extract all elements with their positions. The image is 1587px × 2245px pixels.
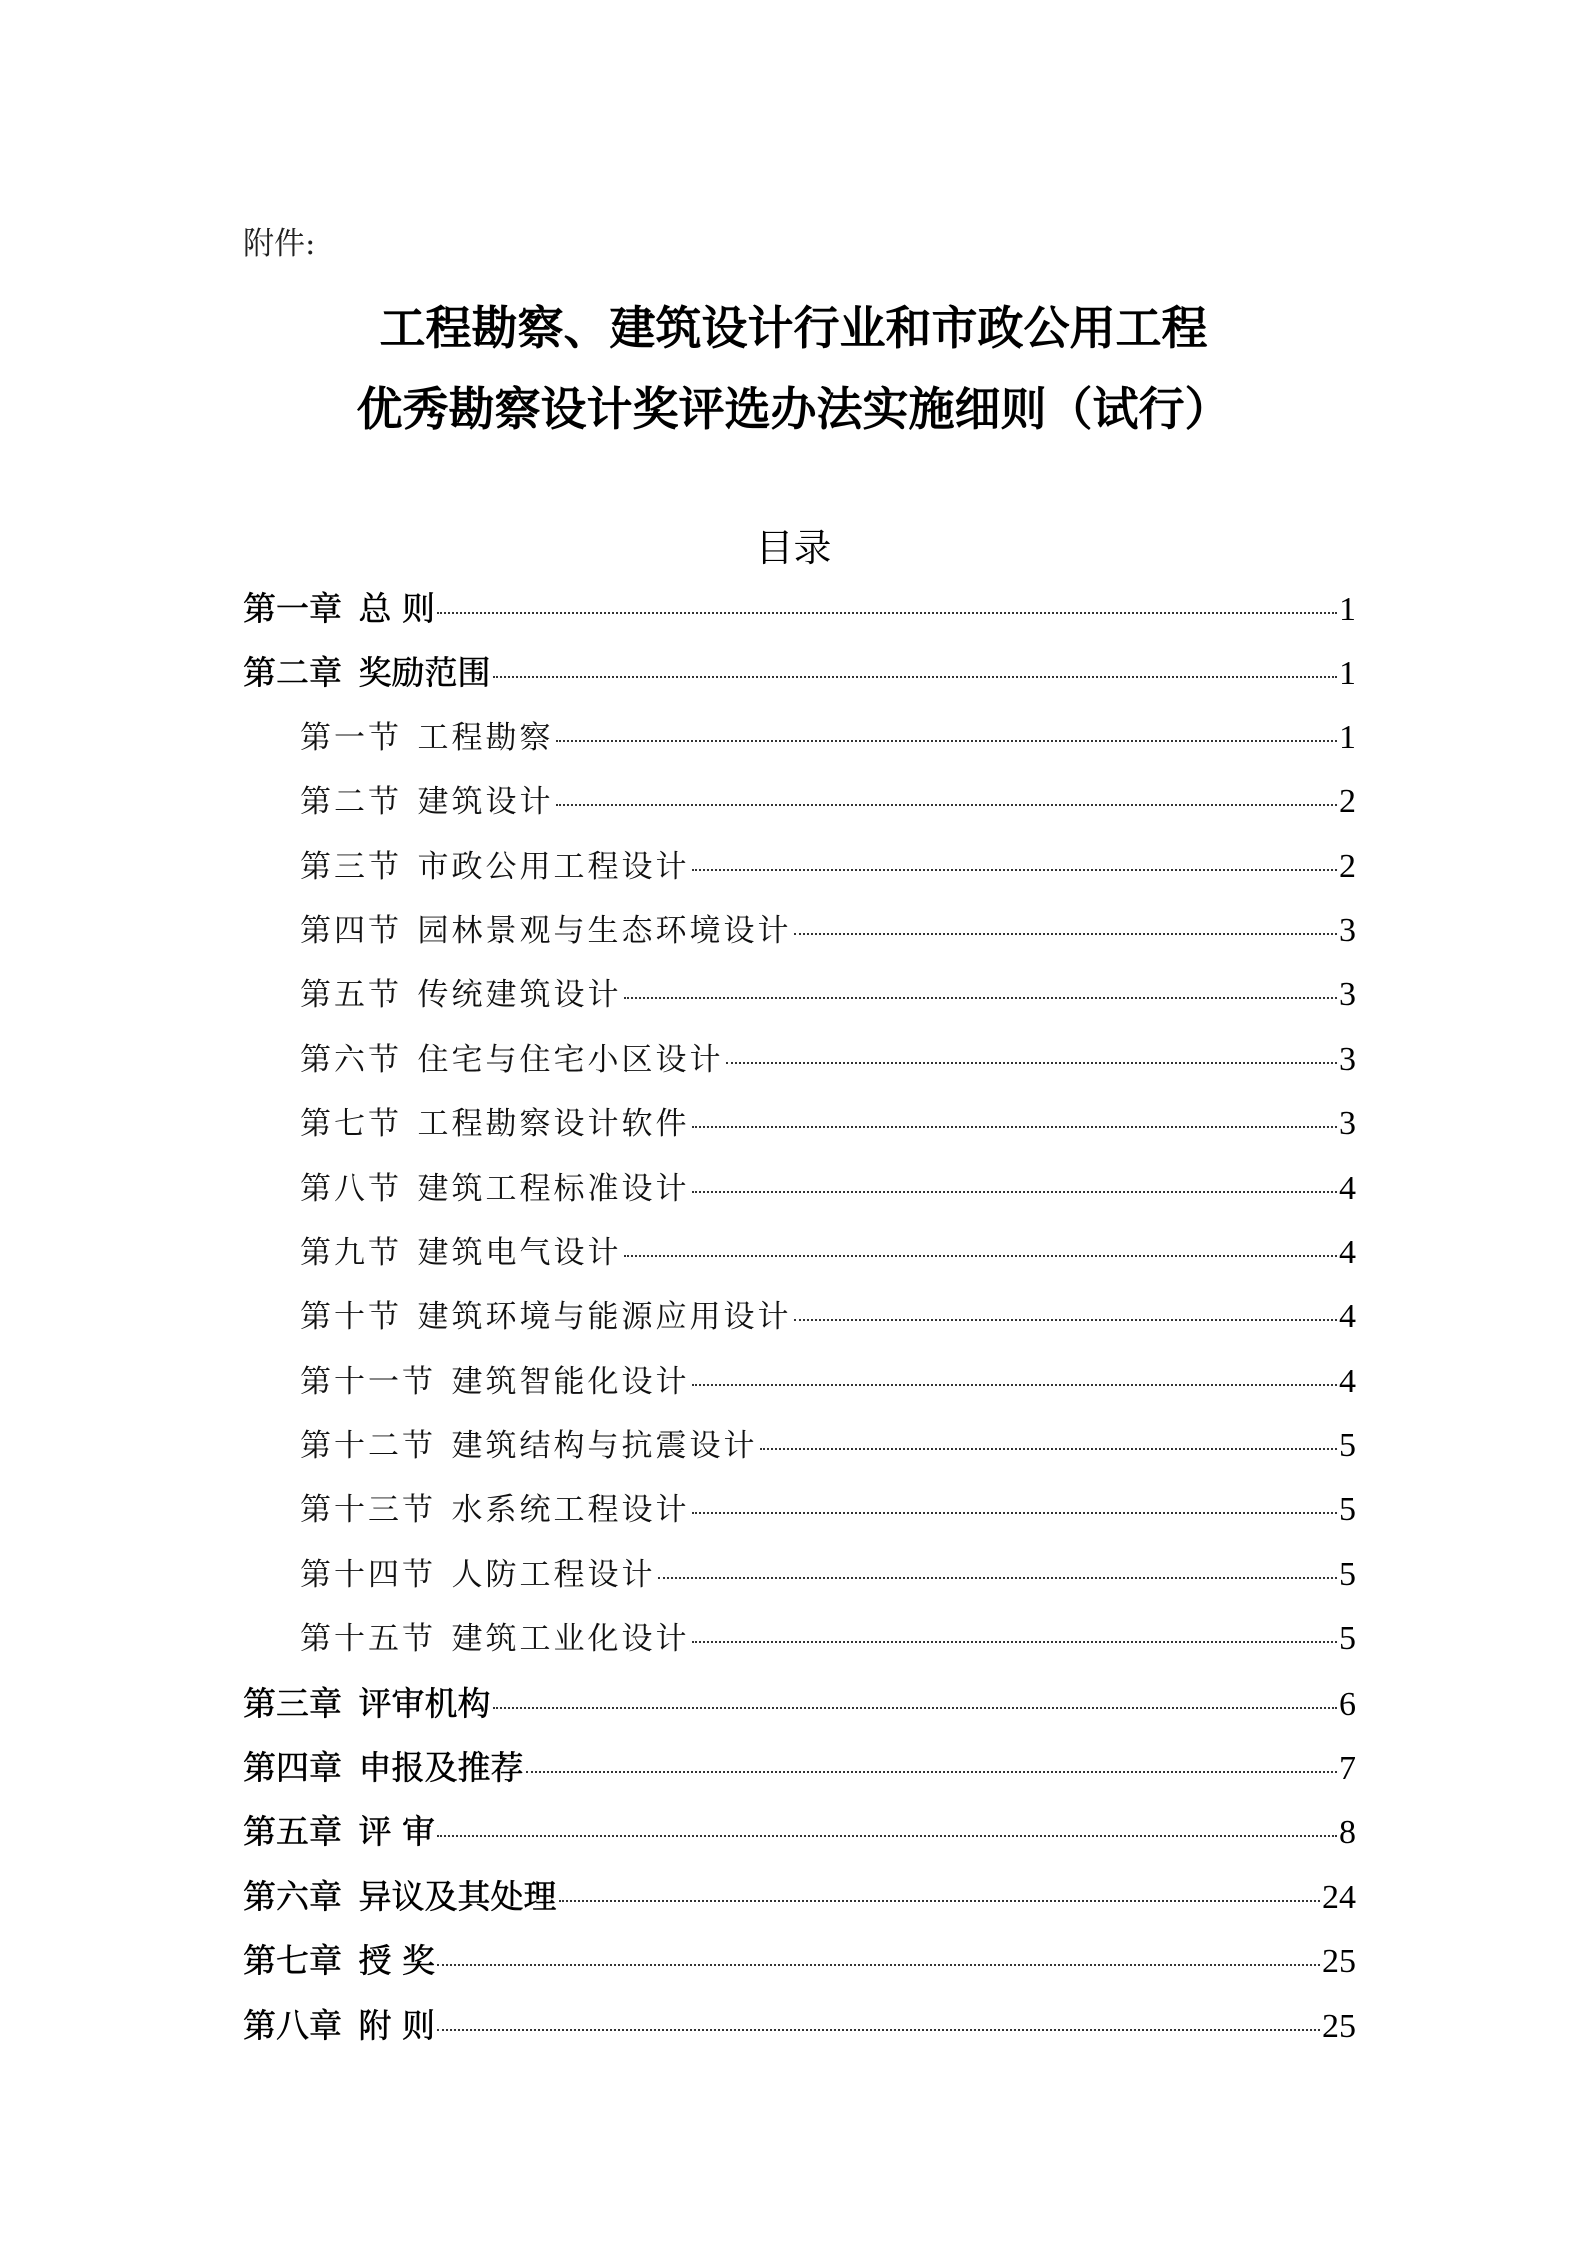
toc-entry-label: 第五节传统建筑设计 [300, 969, 622, 1014]
toc-entry-page: 8 [1339, 1814, 1356, 1852]
toc-entry-label: 第三节市政公用工程设计 [300, 841, 690, 886]
toc-entry-number: 第六节 [300, 1042, 402, 1078]
toc-entry-page: 4 [1339, 1363, 1356, 1401]
toc-entry-title: 传统建筑设计 [418, 977, 622, 1013]
toc-entry-number: 第一节 [300, 720, 402, 756]
toc-entry-label: 第二章奖励范围 [243, 647, 491, 694]
toc-entry-number: 第十一节 [300, 1364, 436, 1400]
toc-entry-page: 4 [1339, 1234, 1356, 1272]
toc-entry-page: 3 [1339, 1041, 1356, 1079]
toc-entry-number: 第二章 [243, 653, 342, 692]
dot-leader [493, 1707, 1338, 1709]
toc-entry-title: 建筑工程标准设计 [418, 1171, 690, 1207]
toc-entry-number: 第十四节 [300, 1557, 436, 1593]
toc-entry-number: 第十节 [300, 1299, 402, 1335]
toc-entry-label: 第六节住宅与住宅小区设计 [300, 1034, 724, 1079]
toc-entry-title: 建筑智能化设计 [452, 1364, 690, 1400]
toc-entry-section[interactable]: 第十四节人防工程设计 5 [243, 1549, 1356, 1613]
toc-entry-label: 第十四节人防工程设计 [300, 1549, 656, 1594]
attachment-label: 附件: [243, 222, 315, 266]
toc-entry-page: 5 [1339, 1427, 1356, 1465]
toc-entry-title: 总 则 [359, 589, 436, 628]
dot-leader [624, 1255, 1338, 1257]
toc-entry-label: 第二节建筑设计 [300, 776, 554, 821]
toc-entry-title: 建筑电气设计 [418, 1235, 622, 1271]
toc-entry-page: 4 [1339, 1298, 1356, 1336]
toc-entry-title: 异议及其处理 [359, 1877, 557, 1916]
toc-entry-chapter[interactable]: 第一章总 则 1 [243, 583, 1356, 647]
dot-leader [556, 740, 1338, 742]
toc-entry-label: 第六章异议及其处理 [243, 1871, 557, 1918]
dot-leader [658, 1577, 1338, 1579]
dot-leader [559, 1900, 1321, 1902]
toc-entry-label: 第十节建筑环境与能源应用设计 [300, 1291, 792, 1336]
toc-entry-title: 工程勘察 [418, 720, 554, 756]
toc-entry-chapter[interactable]: 第八章附 则 25 [243, 2000, 1356, 2064]
toc-entry-title: 水系统工程设计 [452, 1492, 690, 1528]
dot-leader [493, 676, 1338, 678]
toc-entry-section[interactable]: 第八节建筑工程标准设计 4 [243, 1163, 1356, 1227]
toc-entry-page: 25 [1322, 2008, 1356, 2046]
toc-entry-number: 第八章 [243, 2006, 342, 2045]
toc-entry-title: 住宅与住宅小区设计 [418, 1042, 724, 1078]
dot-leader [692, 1191, 1338, 1193]
toc-entry-label: 第八节建筑工程标准设计 [300, 1163, 690, 1208]
toc-entry-chapter[interactable]: 第七章授 奖 25 [243, 1935, 1356, 1999]
toc-entry-number: 第二节 [300, 784, 402, 820]
dot-leader [437, 612, 1337, 614]
toc-entry-page: 25 [1322, 1943, 1356, 1981]
toc-entry-title: 申报及推荐 [359, 1748, 524, 1787]
toc-entry-chapter[interactable]: 第五章评 审 8 [243, 1806, 1356, 1870]
toc-entry-number: 第五章 [243, 1812, 342, 1851]
toc-entry-section[interactable]: 第十节建筑环境与能源应用设计 4 [243, 1291, 1356, 1355]
toc-entry-title: 园林景观与生态环境设计 [418, 913, 792, 949]
toc-entry-number: 第七章 [243, 1941, 342, 1980]
toc-entry-chapter[interactable]: 第四章申报及推荐 7 [243, 1742, 1356, 1806]
toc-entry-title: 附 则 [359, 2006, 436, 2045]
toc-entry-chapter[interactable]: 第二章奖励范围 1 [243, 647, 1356, 711]
toc-entry-page: 5 [1339, 1491, 1356, 1529]
dot-leader [526, 1771, 1338, 1773]
toc-entry-label: 第一章总 则 [243, 583, 435, 630]
toc-entry-section[interactable]: 第九节建筑电气设计 4 [243, 1227, 1356, 1291]
toc-entry-page: 3 [1339, 1105, 1356, 1143]
toc-entry-number: 第三章 [243, 1684, 342, 1723]
toc-entry-number: 第五节 [300, 977, 402, 1013]
dot-leader [624, 997, 1338, 999]
toc-entry-page: 3 [1339, 976, 1356, 1014]
toc-entry-page: 5 [1339, 1620, 1356, 1658]
toc-entry-section[interactable]: 第四节园林景观与生态环境设计 3 [243, 905, 1356, 969]
toc-entry-page: 24 [1322, 1879, 1356, 1917]
toc-entry-section[interactable]: 第十五节建筑工业化设计 5 [243, 1613, 1356, 1677]
toc-entry-title: 建筑环境与能源应用设计 [418, 1299, 792, 1335]
toc-entry-page: 2 [1339, 848, 1356, 886]
toc-entry-label: 第七节工程勘察设计软件 [300, 1098, 690, 1143]
document-title-line-1: 工程勘察、建筑设计行业和市政公用工程 [0, 288, 1587, 369]
toc-entry-number: 第六章 [243, 1877, 342, 1916]
toc-entry-page: 3 [1339, 912, 1356, 950]
toc-entry-number: 第十二节 [300, 1428, 436, 1464]
toc-entry-section[interactable]: 第二节建筑设计 2 [243, 776, 1356, 840]
toc-entry-section[interactable]: 第十三节水系统工程设计 5 [243, 1484, 1356, 1548]
toc-entry-title: 奖励范围 [359, 653, 491, 692]
toc-entry-page: 1 [1339, 591, 1356, 629]
toc-entry-label: 第十一节建筑智能化设计 [300, 1356, 690, 1401]
toc-entry-title: 评审机构 [359, 1684, 491, 1723]
toc-entry-chapter[interactable]: 第六章异议及其处理 24 [243, 1871, 1356, 1935]
toc-entry-title: 工程勘察设计软件 [418, 1106, 690, 1142]
toc-entry-section[interactable]: 第一节工程勘察 1 [243, 712, 1356, 776]
dot-leader [760, 1448, 1338, 1450]
toc-entry-section[interactable]: 第十二节建筑结构与抗震设计 5 [243, 1420, 1356, 1484]
toc-entry-title: 建筑工业化设计 [452, 1621, 690, 1657]
toc-entry-title: 授 奖 [359, 1941, 436, 1980]
dot-leader [437, 2029, 1320, 2031]
toc-entry-section[interactable]: 第六节住宅与住宅小区设计 3 [243, 1034, 1356, 1098]
toc-entry-number: 第四节 [300, 913, 402, 949]
toc-entry-number: 第十三节 [300, 1492, 436, 1528]
toc-entry-label: 第七章授 奖 [243, 1935, 435, 1982]
dot-leader [692, 1512, 1338, 1514]
document-title: 工程勘察、建筑设计行业和市政公用工程 优秀勘察设计奖评选办法实施细则（试行） [0, 288, 1587, 450]
toc-entry-label: 第十三节水系统工程设计 [300, 1484, 690, 1529]
toc-heading: 目录 [0, 520, 1587, 576]
toc-entry-page: 7 [1339, 1750, 1356, 1788]
toc-entry-number: 第九节 [300, 1235, 402, 1271]
toc-entry-page: 2 [1339, 783, 1356, 821]
toc-entry-page: 1 [1339, 719, 1356, 757]
toc-entry-label: 第四章申报及推荐 [243, 1742, 524, 1789]
toc-entry-number: 第一章 [243, 589, 342, 628]
dot-leader [692, 869, 1338, 871]
toc-entry-title: 建筑设计 [418, 784, 554, 820]
dot-leader [692, 1641, 1338, 1643]
toc-entry-page: 6 [1339, 1686, 1356, 1724]
document-title-line-2: 优秀勘察设计奖评选办法实施细则（试行） [0, 369, 1587, 450]
toc-entry-section[interactable]: 第十一节建筑智能化设计 4 [243, 1356, 1356, 1420]
toc-entry-label: 第四节园林景观与生态环境设计 [300, 905, 792, 950]
toc-entry-title: 建筑结构与抗震设计 [452, 1428, 758, 1464]
toc-entry-number: 第八节 [300, 1171, 402, 1207]
dot-leader [794, 1319, 1338, 1321]
toc-entry-title: 市政公用工程设计 [418, 849, 690, 885]
toc-entry-page: 1 [1339, 655, 1356, 693]
toc-entry-label: 第九节建筑电气设计 [300, 1227, 622, 1272]
toc-entry-chapter[interactable]: 第三章评审机构 6 [243, 1678, 1356, 1742]
dot-leader [437, 1964, 1320, 1966]
toc-entry-section[interactable]: 第七节工程勘察设计软件 3 [243, 1098, 1356, 1162]
dot-leader [437, 1835, 1337, 1837]
toc-entry-number: 第四章 [243, 1748, 342, 1787]
toc-entry-number: 第十五节 [300, 1621, 436, 1657]
dot-leader [692, 1384, 1338, 1386]
toc-entry-title: 人防工程设计 [452, 1557, 656, 1593]
table-of-contents: 第一章总 则 1 第二章奖励范围 1 第一节工程勘察 1 第二节建筑设计 2 第… [243, 583, 1356, 2064]
dot-leader [794, 933, 1338, 935]
toc-entry-section[interactable]: 第三节市政公用工程设计 2 [243, 841, 1356, 905]
toc-entry-label: 第十二节建筑结构与抗震设计 [300, 1420, 758, 1465]
toc-entry-label: 第八章附 则 [243, 2000, 435, 2047]
toc-entry-number: 第三节 [300, 849, 402, 885]
toc-entry-section[interactable]: 第五节传统建筑设计 3 [243, 969, 1356, 1033]
toc-entry-label: 第一节工程勘察 [300, 712, 554, 757]
toc-entry-page: 4 [1339, 1170, 1356, 1208]
toc-entry-title: 评 审 [359, 1812, 436, 1851]
toc-entry-page: 5 [1339, 1556, 1356, 1594]
toc-entry-label: 第十五节建筑工业化设计 [300, 1613, 690, 1658]
toc-entry-label: 第五章评 审 [243, 1806, 435, 1853]
toc-entry-number: 第七节 [300, 1106, 402, 1142]
dot-leader [692, 1126, 1338, 1128]
toc-entry-label: 第三章评审机构 [243, 1678, 491, 1725]
dot-leader [726, 1062, 1338, 1064]
dot-leader [556, 804, 1338, 806]
